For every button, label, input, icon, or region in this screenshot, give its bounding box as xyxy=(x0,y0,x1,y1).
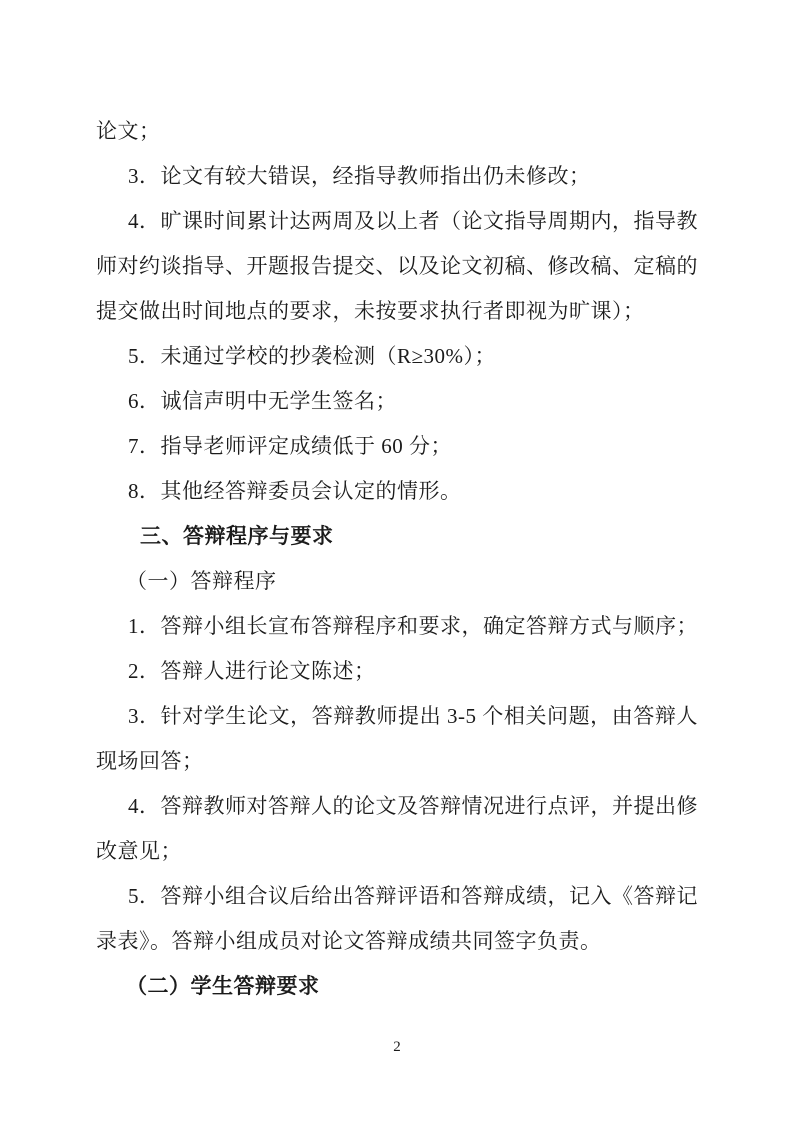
text-line: 3．论文有较大错误，经指导教师指出仍未修改； xyxy=(96,154,698,199)
text-line: 4．答辩教师对答辩人的论文及答辩情况进行点评，并提出修 xyxy=(96,784,698,829)
text-line: 师对约谈指导、开题报告提交、以及论文初稿、修改稿、定稿的 xyxy=(96,244,698,289)
document-body: 论文；3．论文有较大错误，经指导教师指出仍未修改；4．旷课时间累计达两周及以上者… xyxy=(96,109,698,1009)
text-line: 现场回答； xyxy=(96,739,698,784)
text-line: 4．旷课时间累计达两周及以上者（论文指导周期内，指导教 xyxy=(96,199,698,244)
text-line: 论文； xyxy=(96,109,698,154)
page-number: 2 xyxy=(393,1039,401,1055)
page-footer: 2 xyxy=(0,1036,794,1058)
text-line: 7．指导老师评定成绩低于 60 分； xyxy=(96,424,698,469)
text-line: 3．针对学生论文，答辩教师提出 3-5 个相关问题，由答辩人 xyxy=(96,694,698,739)
subsection-label: （一）答辩程序 xyxy=(96,559,698,604)
subsection-heading: （二）学生答辩要求 xyxy=(96,964,698,1009)
text-line: 6．诚信声明中无学生签名； xyxy=(96,379,698,424)
document-page: 论文；3．论文有较大错误，经指导教师指出仍未修改；4．旷课时间累计达两周及以上者… xyxy=(0,0,794,1123)
section-heading: 三、答辩程序与要求 xyxy=(96,514,698,559)
text-line: 录表》。答辩小组成员对论文答辩成绩共同签字负责。 xyxy=(96,919,698,964)
text-line: 2．答辩人进行论文陈述； xyxy=(96,649,698,694)
text-line: 5．未通过学校的抄袭检测（R≥30%）； xyxy=(96,334,698,379)
text-line: 改意见； xyxy=(96,829,698,874)
text-line: 8．其他经答辩委员会认定的情形。 xyxy=(96,469,698,514)
text-line: 提交做出时间地点的要求，未按要求执行者即视为旷课）； xyxy=(96,289,698,334)
text-line: 5．答辩小组合议后给出答辩评语和答辩成绩，记入《答辩记 xyxy=(96,874,698,919)
text-line: 1．答辩小组长宣布答辩程序和要求，确定答辩方式与顺序； xyxy=(96,604,698,649)
